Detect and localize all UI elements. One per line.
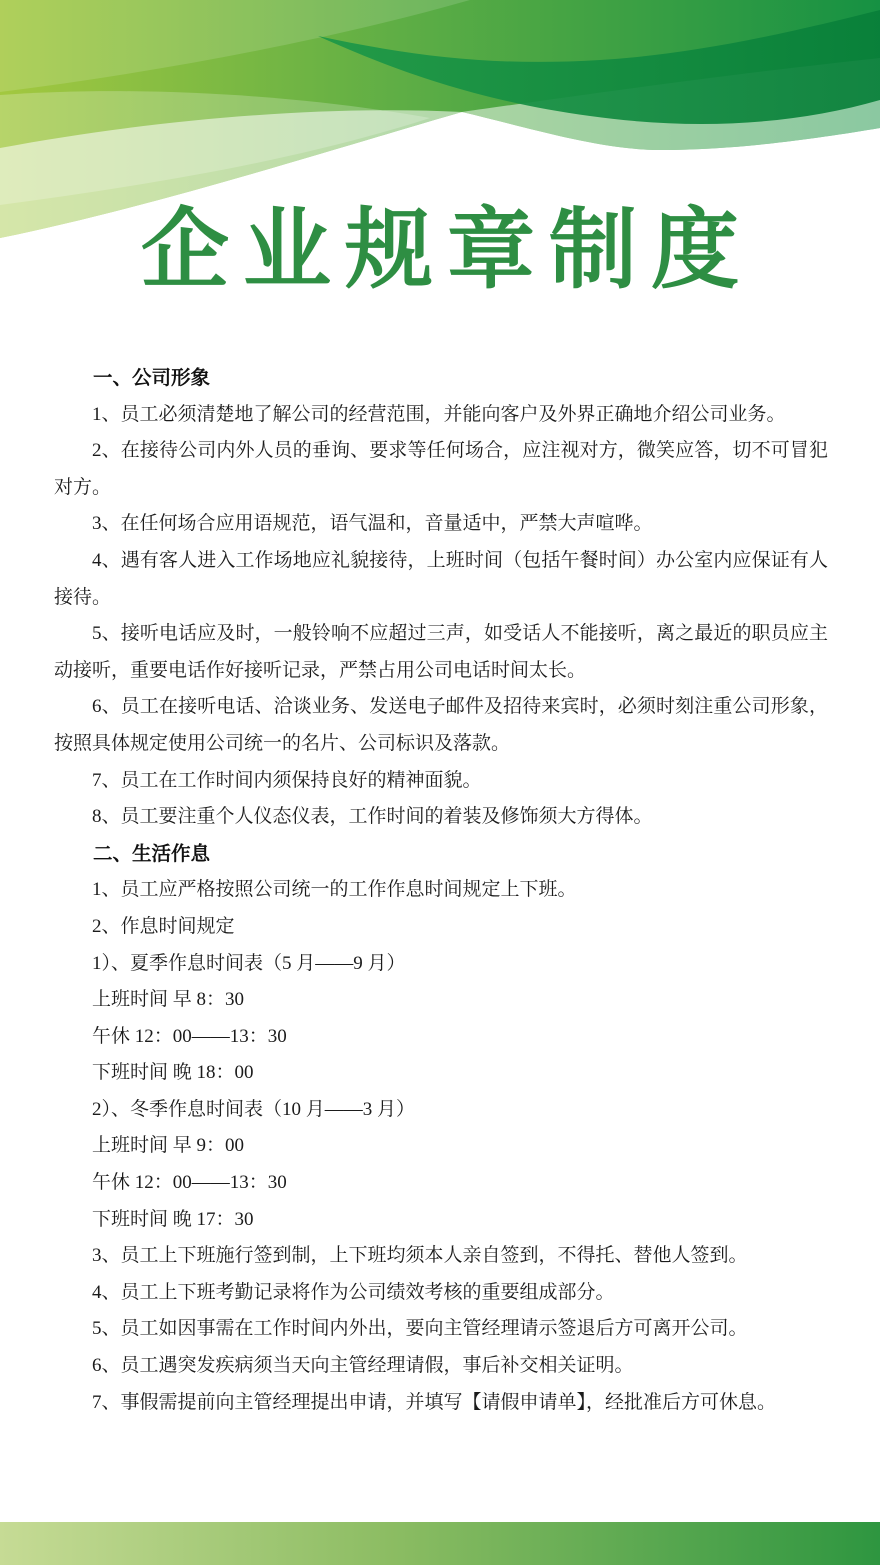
rule-item: 7、员工在工作时间内须保持良好的精神面貌。 — [54, 763, 828, 800]
rule-item: 5、员工如因事需在工作时间内外出，要向主管经理请示签退后方可离开公司。 — [54, 1311, 828, 1348]
page-title: 企业规章制度 — [0, 198, 880, 302]
rule-item: 6、员工在接听电话、洽谈业务、发送电子邮件及招待来宾时，必须时刻注重公司形象，按… — [54, 689, 828, 762]
schedule-line: 午休 12：00——13：30 — [54, 1165, 828, 1202]
schedule-line: 午休 12：00——13：30 — [54, 1019, 828, 1056]
footer-bar — [0, 1522, 880, 1565]
rule-item: 2）、冬季作息时间表（10 月——3 月） — [54, 1092, 828, 1129]
rule-item: 5、接听电话应及时，一般铃响不应超过三声，如受话人不能接听，离之最近的职员应主动… — [54, 616, 828, 689]
rule-item: 4、遇有客人进入工作场地应礼貌接待，上班时间（包括午餐时间）办公室内应保证有人接… — [54, 543, 828, 616]
rule-item: 8、员工要注重个人仪态仪表，工作时间的着装及修饰须大方得体。 — [54, 799, 828, 836]
rule-item: 1）、夏季作息时间表（5 月——9 月） — [54, 946, 828, 983]
rule-item: 2、作息时间规定 — [54, 909, 828, 946]
rule-item: 3、员工上下班施行签到制，上下班均须本人亲自签到，不得托、替他人签到。 — [54, 1238, 828, 1275]
rule-item: 2、在接待公司内外人员的垂询、要求等任何场合，应注视对方，微笑应答，切不可冒犯对… — [54, 433, 828, 506]
rule-item: 4、员工上下班考勤记录将作为公司绩效考核的重要组成部分。 — [54, 1275, 828, 1312]
schedule-line: 上班时间 早 8：30 — [54, 982, 828, 1019]
section-2-heading: 二、生活作息 — [54, 836, 828, 873]
schedule-line: 下班时间 晚 18：00 — [54, 1055, 828, 1092]
rule-item: 7、事假需提前向主管经理提出申请，并填写【请假申请单】，经批准后方可休息。 — [54, 1385, 828, 1422]
rule-item: 1、员工必须清楚地了解公司的经营范围，并能向客户及外界正确地介绍公司业务。 — [54, 397, 828, 434]
rule-item: 6、员工遇突发疾病须当天向主管经理请假，事后补交相关证明。 — [54, 1348, 828, 1385]
rules-body: 一、公司形象 1、员工必须清楚地了解公司的经营范围，并能向客户及外界正确地介绍公… — [54, 360, 828, 1421]
rule-item: 3、在任何场合应用语规范，语气温和，音量适中，严禁大声喧哗。 — [54, 506, 828, 543]
schedule-line: 上班时间 早 9：00 — [54, 1128, 828, 1165]
section-1-heading: 一、公司形象 — [54, 360, 828, 397]
poster: 企业规章制度 一、公司形象 1、员工必须清楚地了解公司的经营范围，并能向客户及外… — [0, 0, 880, 1565]
rule-item: 1、员工应严格按照公司统一的工作作息时间规定上下班。 — [54, 872, 828, 909]
schedule-line: 下班时间 晚 17：30 — [54, 1202, 828, 1239]
